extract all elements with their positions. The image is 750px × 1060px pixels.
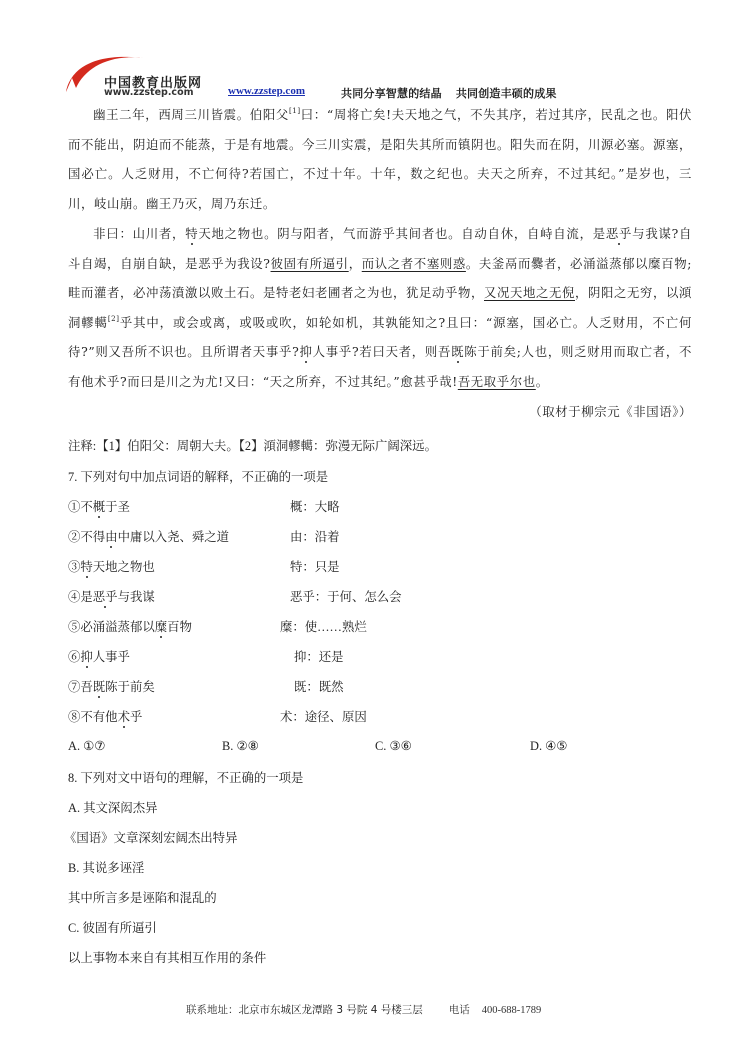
- q7-def-5: 糜：使……熟烂: [280, 617, 367, 635]
- underlined-phrase: 又况天地之无倪: [484, 285, 575, 300]
- q7-option-b: B. ②⑧: [222, 738, 259, 754]
- q7-item-4: ④是恶乎与我谋: [68, 587, 155, 605]
- q8-option-c-label: C. 彼固有所逼引: [68, 918, 157, 936]
- q7-item-1: ①不概于圣: [68, 497, 130, 515]
- footnote-ref-1: [1]: [289, 107, 301, 115]
- source-citation: （取材于柳宗元《非国语》）: [529, 402, 692, 420]
- q7-def-8: 术：途径、原因: [280, 707, 367, 725]
- q7-item-6: ⑥抑人事乎: [68, 647, 130, 665]
- q7-item-3: ③特天地之物也: [68, 557, 155, 575]
- logo: 中国教育出版网 www.zzstep.com: [62, 48, 202, 100]
- q7-def-1: 概：大略: [290, 497, 340, 515]
- q8-option-c-text: 以上事物本来自有其相互作用的条件: [68, 948, 266, 966]
- q7-def-4: 恶乎：于何、怎么会: [290, 587, 402, 605]
- question-7-stem: 7. 下列对句中加点词语的解释，不正确的一项是: [68, 467, 328, 485]
- passage-paragraph-2: 非曰：山川者，特天地之物也。阴与阳者，气而游乎其间者也。自动自休，自峙自流，是恶…: [68, 219, 692, 396]
- q7-def-6: 抑：还是: [294, 647, 344, 665]
- phone-number: 400-688-1789: [482, 1005, 542, 1016]
- q7-item-7: ⑦吾既陈于前矣: [68, 677, 155, 695]
- q7-def-2: 由：沿着: [290, 527, 340, 545]
- slogan-1: 共同分享智慧的结晶: [341, 87, 442, 100]
- q8-option-a-text: 《国语》文章深刻宏阔杰出特异: [64, 828, 237, 846]
- dotted-word: 恶乎: [606, 226, 632, 241]
- underlined-phrase: 而认之者不塞则惑: [362, 256, 466, 271]
- address: 北京市东城区龙潭路 3 号院 4 号楼三层: [239, 1004, 423, 1016]
- page-footer: 联系地址：北京市东城区龙潭路 3 号院 4 号楼三层电话400-688-1789: [186, 1002, 541, 1017]
- underlined-phrase: 吾无取乎尔也: [458, 374, 536, 389]
- dotted-word: 既: [451, 344, 464, 359]
- q8-option-b-text: 其中所言多是诬陷和混乱的: [68, 888, 217, 906]
- q7-def-7: 既：既然: [294, 677, 344, 695]
- q7-item-2: ②不得由中庸以入尧、舜之道: [68, 527, 229, 545]
- page-header: 中国教育出版网 www.zzstep.com www.zzstep.com 共同…: [62, 48, 702, 98]
- phone-label: 电话: [449, 1005, 470, 1016]
- question-8-stem: 8. 下列对文中语句的理解，不正确的一项是: [68, 768, 303, 786]
- q7-option-c: C. ③⑥: [375, 738, 412, 754]
- q7-def-3: 特：只是: [290, 557, 340, 575]
- q7-item-8: ⑧不有他术乎: [68, 707, 142, 725]
- logo-url: www.zzstep.com: [104, 87, 194, 98]
- dotted-word: 抑: [299, 344, 312, 359]
- dotted-word: 特: [185, 226, 198, 241]
- q7-item-5: ⑤必涌溢蒸郁以糜百物: [68, 617, 192, 635]
- site-link[interactable]: www.zzstep.com: [228, 85, 305, 97]
- slogan: 共同分享智慧的结晶共同创造丰硕的成果: [341, 85, 571, 101]
- address-label: 联系地址：: [186, 1005, 239, 1016]
- underlined-phrase: 彼固有所逼引: [271, 256, 349, 271]
- passage-paragraph-1: 幽王二年，西周三川皆震。伯阳父[1]曰：“周将亡矣!夫天地之气，不失其序，若过其…: [68, 100, 692, 218]
- q8-option-a-label: A. 其文深闳杰异: [68, 798, 158, 816]
- q7-option-a: A. ①⑦: [68, 738, 105, 754]
- q7-option-d: D. ④⑤: [530, 738, 567, 754]
- footnote-ref-2: [2]: [108, 315, 120, 323]
- slogan-2: 共同创造丰硕的成果: [456, 87, 557, 100]
- annotation-note: 注释:【1】伯阳父：周朝大夫。【2】澒洞轇轕：弥漫无际广阔深远。: [68, 436, 437, 454]
- q8-option-b-label: B. 其说多诬淫: [68, 858, 144, 876]
